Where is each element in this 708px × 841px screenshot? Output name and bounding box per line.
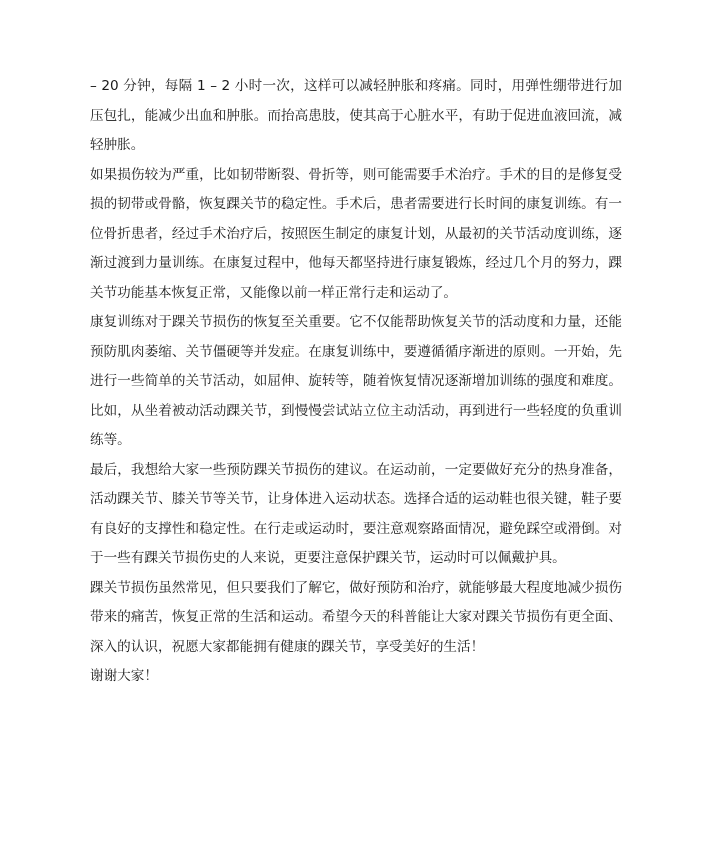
paragraph-conclusion: 踝关节损伤虽然常见，但只要我们了解它，做好预防和治疗，就能够最大程度地减少损伤带… [90, 574, 622, 663]
paragraph-thanks: 谢谢大家！ [90, 662, 622, 692]
paragraph-rehabilitation: 康复训练对于踝关节损伤的恢复至关重要。它不仅能帮助恢复关节的活动度和力量，还能预… [90, 308, 622, 456]
paragraph-first-aid: – 20 分钟，每隔 1 – 2 小时一次，这样可以减轻肿胀和疼痛。同时，用弹性… [90, 72, 622, 161]
document-body: – 20 分钟，每隔 1 – 2 小时一次，这样可以减轻肿胀和疼痛。同时，用弹性… [90, 72, 622, 692]
paragraph-surgery: 如果损伤较为严重，比如韧带断裂、骨折等，则可能需要手术治疗。手术的目的是修复受损… [90, 161, 622, 309]
paragraph-prevention: 最后，我想给大家一些预防踝关节损伤的建议。在运动前，一定要做好充分的热身准备，活… [90, 456, 622, 574]
